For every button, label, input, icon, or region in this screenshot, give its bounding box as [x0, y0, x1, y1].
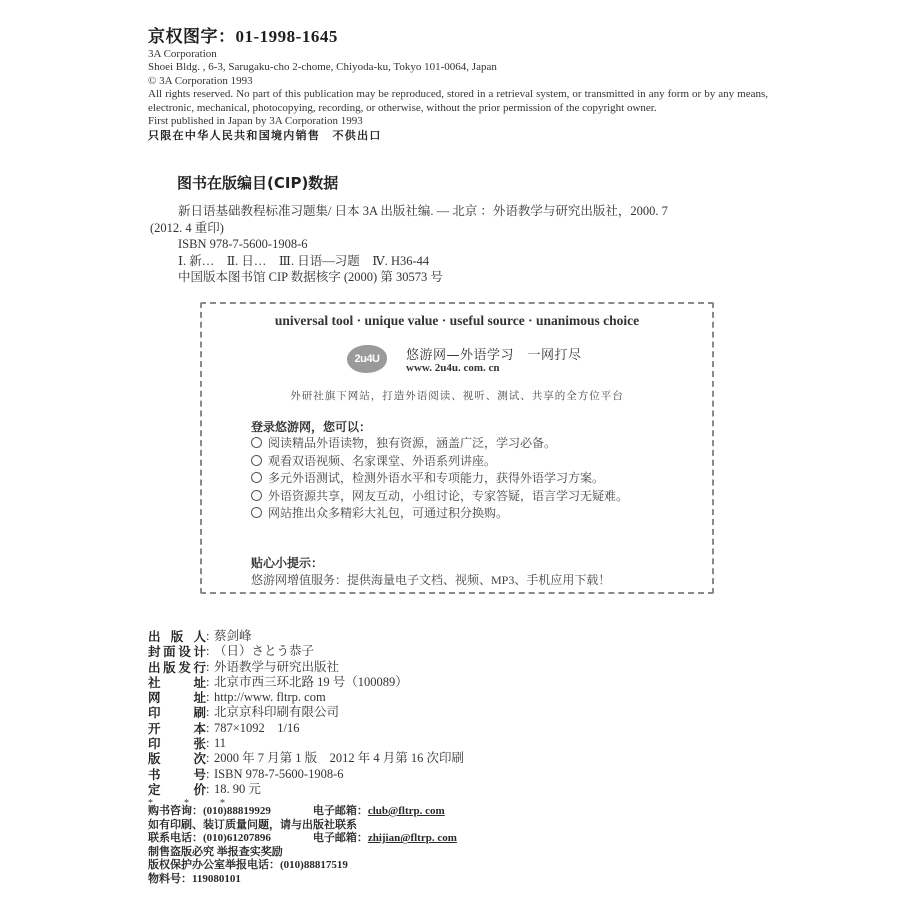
distribution-restriction: 只限在中华人民共和国境内销售 不供出口 — [148, 129, 768, 142]
imprint-row-format: 开本:787×1092 1/16 — [148, 721, 464, 736]
copyright-line: © 3A Corporation 1993 — [148, 75, 768, 88]
copyright-block: 3A Corporation Shoei Bldg. , 6-3, Saruga… — [148, 48, 768, 143]
circle-bullet-icon — [251, 507, 262, 518]
imprint-value: 蔡剑峰 — [214, 629, 252, 644]
cip-main-entry: 新日语基础教程标准习题集/ 日本 3A 出版社编. — 北京 ：外语教学与研究出… — [150, 203, 770, 220]
imprint-row-address: 社址:北京市西三环北路 19 号（100089） — [148, 675, 464, 690]
promo-tagline: 外研社旗下网站，打造外语阅读、视听、测试、共享的全方位平台 — [202, 388, 712, 403]
imprint-row-cover-design: 封面设计:（日）さとう恭子 — [148, 644, 464, 659]
imprint-value: 北京市西三环北路 19 号（100089） — [214, 675, 408, 690]
zhijian-email-link[interactable]: zhijian@fltrp. com — [368, 832, 457, 844]
imprint-value: http://www. fltrp. com — [214, 690, 326, 705]
purchase-contact: 购书咨询：(010)88819929电子邮箱：club@fltrp. com — [148, 805, 457, 819]
cip-data: 新日语基础教程标准习题集/ 日本 3A 出版社编. — 北京 ：外语教学与研究出… — [150, 203, 770, 286]
imprint-row-website: 网址:http://www. fltrp. com — [148, 690, 464, 705]
imprint-label: 封面设计 — [148, 644, 206, 659]
imprint-label: 印张 — [148, 736, 206, 751]
piracy-notice: 制售盗版必究 举报查实奖励 — [148, 846, 457, 860]
cip-reprint: (2012. 4 重印) — [150, 220, 770, 237]
imprint-value: （日）さとう恭子 — [214, 644, 314, 659]
list-item: 网站推出众多精彩大礼包，可通过积分换购。 — [251, 505, 628, 523]
piracy-hotline: 版权保护办公室举报电话：(010)88817519 — [148, 859, 457, 873]
contact-info: 购书咨询：(010)88819929电子邮箱：club@fltrp. com 如… — [148, 805, 457, 887]
list-item: 多元外语测试，检测外语水平和专项能力，获得外语学习方案。 — [251, 470, 628, 488]
imprint-value: 11 — [214, 736, 226, 751]
2u4u-logo-icon: 2u4U — [347, 345, 387, 373]
publisher-address: Shoei Bldg. , 6-3, Sarugaku-cho 2-chome,… — [148, 61, 768, 74]
quality-phone: (010)61207896 — [203, 832, 271, 844]
promo-slogan: universal tool · unique value · useful s… — [202, 313, 712, 329]
imprint-value: 2000 年 7 月第 1 版 2012 年 4 月第 16 次印刷 — [214, 751, 464, 766]
imprint-label: 出版发行 — [148, 660, 206, 675]
promo-tip-title: 贴心小提示： — [251, 554, 323, 571]
imprint-value: 北京京科印刷有限公司 — [214, 705, 339, 720]
imprint-value: 787×1092 1/16 — [214, 721, 300, 736]
list-item: 观看双语视频、名家课堂、外语系列讲座。 — [251, 453, 628, 471]
list-item: 外语资源共享，网友互动，小组讨论，专家答疑，语言学习无疑难。 — [251, 488, 628, 506]
publisher-name: 3A Corporation — [148, 48, 768, 61]
promo-tip-text: 悠游网增值服务：提供海量电子文档、视频、MP3、手机应用下载！ — [251, 571, 610, 588]
purchase-phone: (010)88819929 — [203, 805, 271, 817]
quality-contact: 联系电话：(010)61207896电子邮箱：zhijian@fltrp. co… — [148, 832, 457, 846]
promo-site-url: www. 2u4u. com. cn — [406, 362, 500, 374]
imprint-row-publisher: 出版人:蔡剑峰 — [148, 629, 464, 644]
promo-site-name: 悠游网—外语学习 一网打尽 — [406, 344, 582, 363]
imprint-label: 版次 — [148, 751, 206, 766]
circle-bullet-icon — [251, 455, 262, 466]
imprint-details: 出版人:蔡剑峰 封面设计:（日）さとう恭子 出版发行:外语教学与研究出版社 社址… — [148, 629, 464, 808]
imprint-value: ISBN 978-7-5600-1908-6 — [214, 767, 344, 782]
imprint-row-distributor: 出版发行:外语教学与研究出版社 — [148, 660, 464, 675]
cip-record-number: 中国版本图书馆 CIP 数据核字 (2000) 第 30573 号 — [150, 269, 770, 286]
imprint-label: 定价 — [148, 782, 206, 797]
imprint-label: 网址 — [148, 690, 206, 705]
imprint-row-printer: 印刷:北京京科印刷有限公司 — [148, 705, 464, 720]
quality-notice: 如有印刷、装订质量问题，请与出版社联系 — [148, 819, 457, 833]
imprint-value: 外语教学与研究出版社 — [214, 660, 339, 675]
cip-title: 图书在版编目(CIP)数据 — [177, 172, 338, 193]
first-published: First published in Japan by 3A Corporati… — [148, 115, 768, 128]
cip-isbn: ISBN 978-7-5600-1908-6 — [150, 236, 770, 253]
promo-box: universal tool · unique value · useful s… — [200, 302, 714, 594]
list-item: 阅读精品外语读物，独有资源，涵盖广泛，学习必备。 — [251, 435, 628, 453]
cip-classification: Ⅰ. 新… Ⅱ. 日… Ⅲ. 日语—习题 Ⅳ. H36-44 — [150, 253, 770, 270]
circle-bullet-icon — [251, 490, 262, 501]
imprint-label: 印刷 — [148, 705, 206, 720]
imprint-label: 社址 — [148, 675, 206, 690]
imprint-label: 开本 — [148, 721, 206, 736]
rights-notice: All rights reserved. No part of this pub… — [148, 88, 768, 115]
imprint-row-sheets: 印张:11 — [148, 736, 464, 751]
imprint-row-isbn: 书号:ISBN 978-7-5600-1908-6 — [148, 767, 464, 782]
club-email-link[interactable]: club@fltrp. com — [368, 805, 445, 817]
promo-feature-list: 阅读精品外语读物，独有资源，涵盖广泛，学习必备。 观看双语视频、名家课堂、外语系… — [251, 435, 628, 523]
circle-bullet-icon — [251, 472, 262, 483]
imprint-row-edition: 版次:2000 年 7 月第 1 版 2012 年 4 月第 16 次印刷 — [148, 751, 464, 766]
circle-bullet-icon — [251, 437, 262, 448]
imprint-value: 18. 90 元 — [214, 782, 261, 797]
imprint-label: 出版人 — [148, 629, 206, 644]
promo-login-title: 登录悠游网，您可以： — [251, 418, 371, 435]
material-number: 物料号：119080101 — [148, 873, 457, 887]
imprint-label: 书号 — [148, 767, 206, 782]
imprint-row-price: 定价:18. 90 元 — [148, 782, 464, 797]
license-number: 京权图字：01-1998-1645 — [148, 22, 338, 47]
